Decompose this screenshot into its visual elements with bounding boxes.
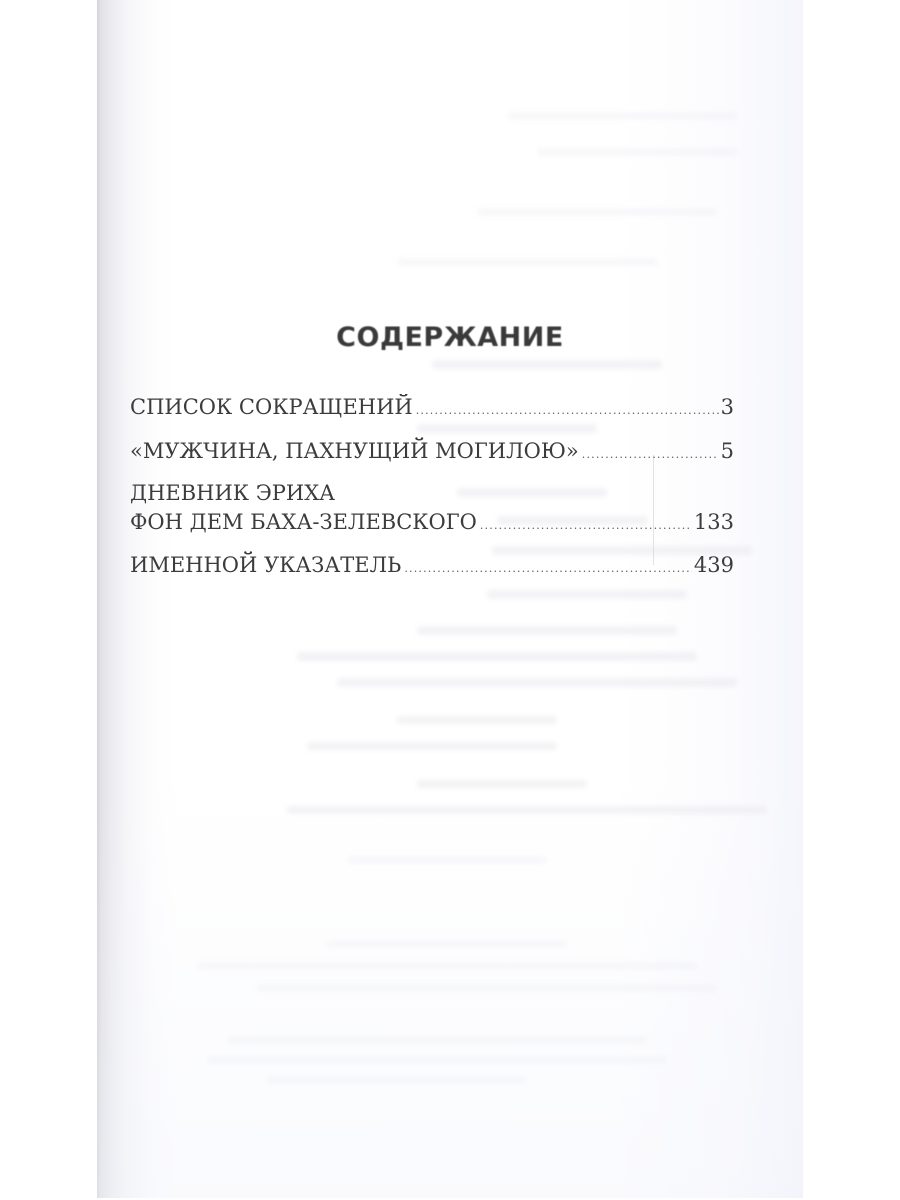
bleed-through-mark <box>337 678 737 687</box>
toc-heading: СОДЕРЖАНИЕ <box>0 322 900 353</box>
bleed-through-mark <box>347 856 547 864</box>
toc-page-number: 5 <box>721 437 734 466</box>
dot-leader <box>416 396 719 425</box>
bleed-through-mark <box>397 258 657 266</box>
toc-entry-title: ИМЕННОЙ УКАЗАТЕЛЬ <box>130 551 401 580</box>
bleed-through-mark <box>507 112 737 120</box>
toc-entry-title: СПИСОК СОКРАЩЕНИЙ <box>130 393 413 422</box>
dot-leader <box>582 440 719 469</box>
toc-entry[interactable]: «МУЖЧИНА, ПАХНУЩИЙ МОГИЛОЮ» 5 <box>130 437 734 466</box>
bleed-through-mark <box>287 806 767 814</box>
scanned-book-page-view: СОДЕРЖАНИЕ СПИСОК СОКРАЩЕНИЙ 3 «МУЖЧИНА,… <box>0 0 900 1200</box>
bleed-through-mark <box>267 1076 527 1084</box>
bleed-through-mark <box>227 1036 647 1044</box>
bleed-through-mark <box>417 780 587 788</box>
book-page <box>97 0 803 1198</box>
toc-entry-title-line-2: ФОН ДЕМ БАХА-ЗЕЛЕВСКОГО <box>130 508 477 537</box>
bleed-through-mark <box>432 360 662 369</box>
table-of-contents: СПИСОК СОКРАЩЕНИЙ 3 «МУЖЧИНА, ПАХНУЩИЙ М… <box>130 393 734 580</box>
bleed-through-mark <box>327 940 567 948</box>
dot-leader <box>480 511 692 540</box>
bleed-through-mark <box>307 742 557 750</box>
bleed-through-mark <box>537 148 737 156</box>
toc-entry[interactable]: ИМЕННОЙ УКАЗАТЕЛЬ 439 <box>130 551 734 580</box>
toc-entry-title-line-1: ДНЕВНИК ЭРИХА <box>130 479 335 508</box>
toc-entry-title: «МУЖЧИНА, ПАХНУЩИЙ МОГИЛОЮ» <box>130 437 579 466</box>
bleed-through-mark <box>477 208 717 216</box>
toc-page-number: 3 <box>721 393 734 422</box>
dot-leader <box>404 554 692 583</box>
bleed-through-mark <box>487 590 687 599</box>
bleed-through-mark <box>207 1056 667 1064</box>
bleed-through-mark <box>417 626 677 635</box>
toc-entry[interactable]: ДНЕВНИК ЭРИХА ФОН ДЕМ БАХА-ЗЕЛЕВСКОГО 13… <box>130 479 734 537</box>
bleed-through-mark <box>197 962 697 970</box>
toc-page-number: 439 <box>694 551 734 580</box>
bleed-through-mark <box>397 716 557 724</box>
toc-entry[interactable]: СПИСОК СОКРАЩЕНИЙ 3 <box>130 393 734 422</box>
bleed-through-mark <box>297 652 697 661</box>
bleed-through-mark <box>257 984 717 992</box>
toc-page-number: 133 <box>694 508 734 537</box>
